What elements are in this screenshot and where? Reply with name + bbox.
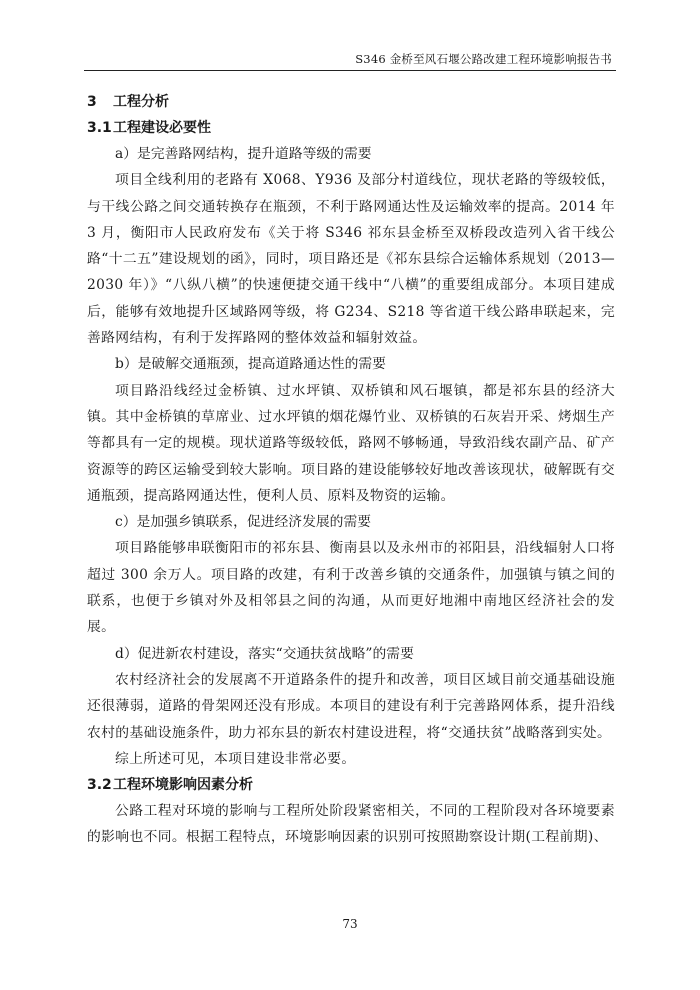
paragraph-b: 项目路沿线经过金桥镇、过水坪镇、双桥镇和风石堰镇，都是祁东县的经济大镇。其中金桥… bbox=[87, 378, 615, 509]
section-number: 3.1 bbox=[87, 115, 111, 141]
subheading-b: b）是破解交通瓶颈，提高道路通达性的需要 bbox=[87, 351, 615, 377]
subheading-c: c）是加强乡镇联系，促进经济发展的需要 bbox=[87, 509, 615, 535]
running-header: S346 金桥至风石堰公路改建工程环境影响报告书 bbox=[84, 48, 616, 71]
section-title: 工程环境影响因素分析 bbox=[113, 777, 253, 793]
paragraph-c: 项目路能够串联衡阳市的祁东县、衡南县以及永州市的祁阳县，沿线辐射人口将超过 30… bbox=[87, 535, 615, 640]
paragraph-3-2: 公路工程对环境的影响与工程所处阶段紧密相关，不同的工程阶段对各环境要素的影响也不… bbox=[87, 798, 615, 851]
chapter-number: 3 bbox=[87, 89, 113, 115]
section-number: 3.2 bbox=[87, 772, 111, 798]
paragraph-a: 项目全线利用的老路有 X068、Y936 及部分村道线位，现状老路的等级较低，与… bbox=[87, 167, 615, 351]
chapter-heading: 3工程分析 bbox=[87, 89, 615, 115]
section-heading-3-1: 3.1工程建设必要性 bbox=[87, 115, 615, 141]
subheading-a: a）是完善路网结构，提升道路等级的需要 bbox=[87, 141, 615, 167]
page-body: 3工程分析 3.1工程建设必要性 a）是完善路网结构，提升道路等级的需要 项目全… bbox=[87, 89, 615, 851]
paragraph-d: 农村经济社会的发展离不开道路条件的提升和改善，项目区域目前交通基础设施还很薄弱，… bbox=[87, 667, 615, 746]
section-title: 工程建设必要性 bbox=[113, 120, 211, 136]
page-number: 73 bbox=[0, 917, 700, 931]
summary-paragraph: 综上所述可见，本项目建设非常必要。 bbox=[87, 746, 615, 772]
report-title: S346 金桥至风石堰公路改建工程环境影响报告书 bbox=[355, 51, 612, 67]
section-heading-3-2: 3.2工程环境影响因素分析 bbox=[87, 772, 615, 798]
subheading-d: d）促进新农村建设，落实“交通扶贫战略”的需要 bbox=[87, 641, 615, 667]
chapter-title: 工程分析 bbox=[113, 94, 169, 110]
